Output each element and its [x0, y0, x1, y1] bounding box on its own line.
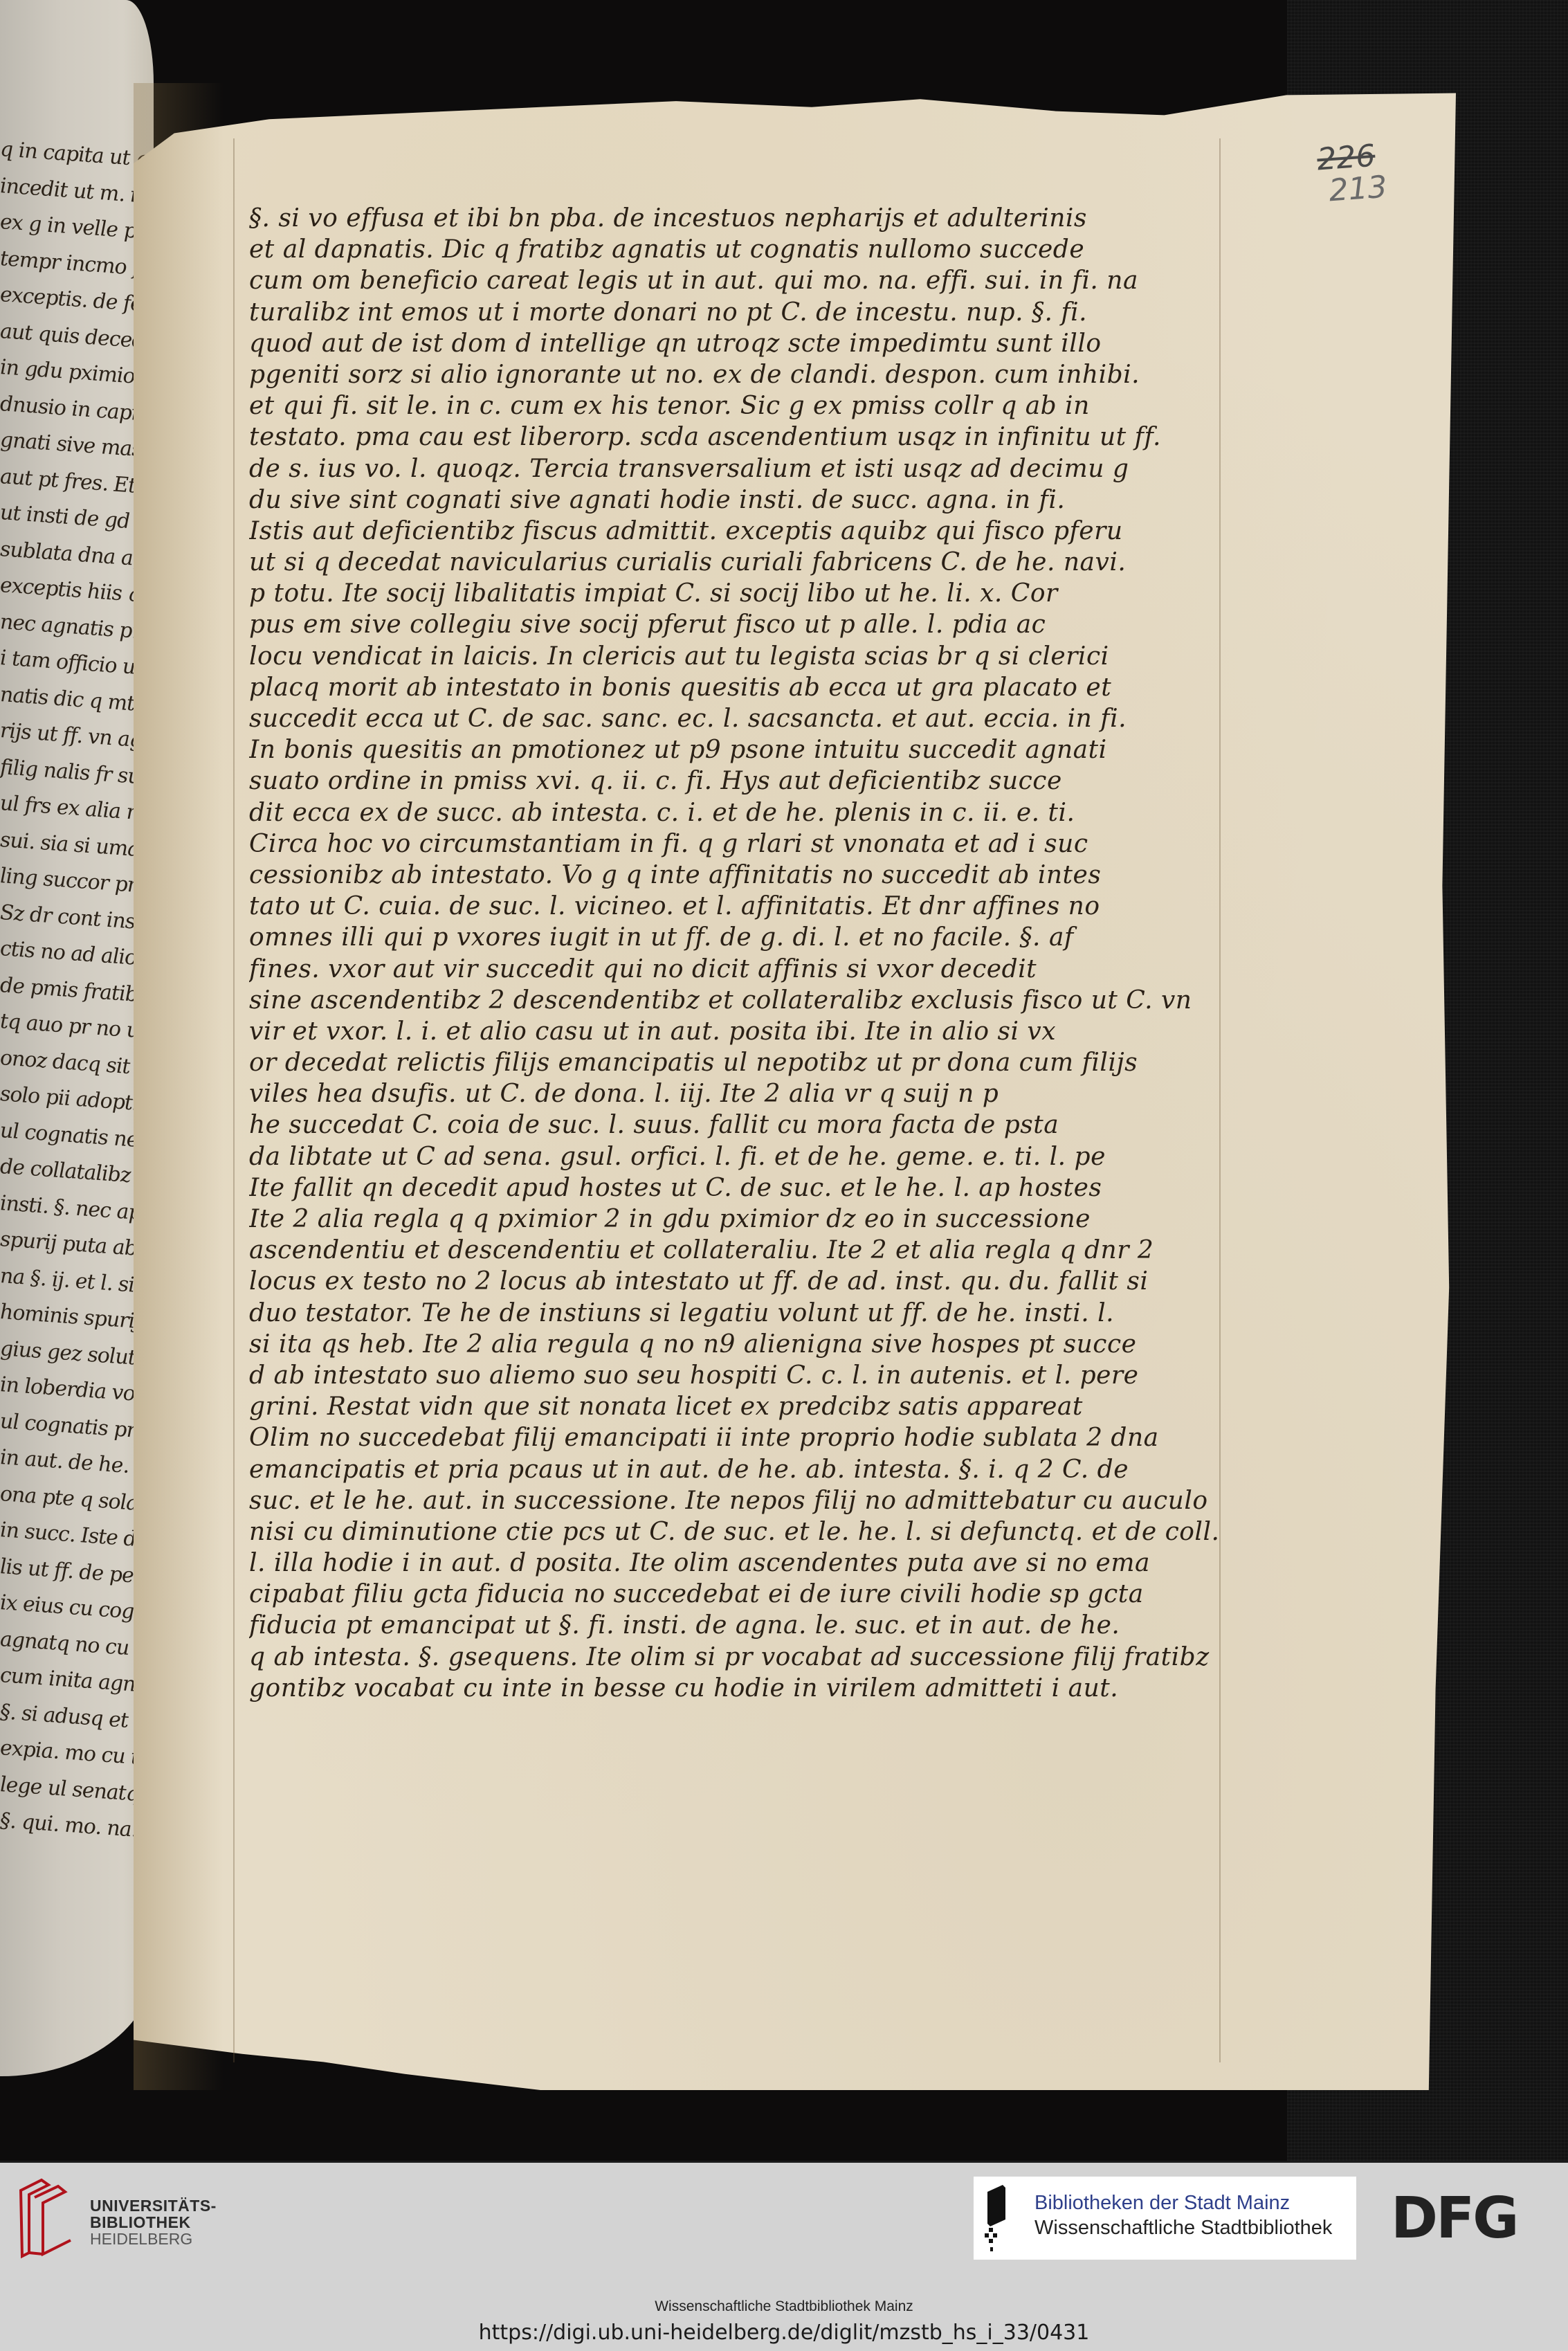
manuscript-line: Istis aut deficientibz fiscus admittit. … — [249, 516, 1218, 547]
manuscript-line: locus ex testo no 2 locus ab intestato u… — [249, 1266, 1218, 1297]
manuscript-line: succedit ecca ut C. de sac. sanc. ec. l.… — [249, 703, 1218, 734]
manuscript-line: quod aut de ist dom d intellige qn utroq… — [249, 328, 1218, 359]
ub-heidelberg-red-book-icon — [15, 2177, 78, 2260]
ub-heidelberg-logo[interactable]: UNIVERSITÄTS- BIBLIOTHEK HEIDELBERG — [15, 2177, 223, 2260]
manuscript-line: he succedat C. coia de suc. l. suus. fal… — [249, 1109, 1218, 1141]
ub-logo-line1: UNIVERSITÄTS- — [90, 2197, 217, 2214]
manuscript-line: ascendentiu et descendentiu et collatera… — [249, 1235, 1218, 1266]
manuscript-line: Ite fallit qn decedit apud hostes ut C. … — [249, 1172, 1218, 1204]
manuscript-line: Circa hoc vo circumstantiam in fi. q g r… — [249, 828, 1218, 860]
manuscript-line: de s. ius vo. l. quoqz. Tercia transvers… — [249, 453, 1218, 484]
manuscript-line: fines. vxor aut vir succedit qui no dici… — [249, 954, 1218, 985]
manuscript-line: tato ut C. cuia. de suc. l. vicineo. et … — [249, 891, 1218, 922]
manuscript-line: suc. et le he. aut. in successione. Ite … — [249, 1485, 1218, 1516]
manuscript-line: or decedat relictis filijs emancipatis u… — [249, 1047, 1218, 1078]
manuscript-line: si ita qs heb. Ite 2 alia regula q no n9… — [249, 1329, 1218, 1360]
dfg-logo[interactable]: DFG — [1391, 2190, 1517, 2247]
manuscript-line: duo testator. Te he de instiuns si legat… — [249, 1298, 1218, 1329]
manuscript-line: dit ecca ex de succ. ab intesta. c. i. e… — [249, 797, 1218, 828]
ub-logo-line2: BIBLIOTHEK — [90, 2214, 217, 2231]
manuscript-line: testato. pma cau est liberorp. scda asce… — [249, 421, 1218, 453]
manuscript-line: Olim no succedebat filij emancipati ii i… — [249, 1422, 1218, 1453]
manuscript-line: In bonis quesitis an pmotionez ut p9 pso… — [249, 734, 1218, 765]
manuscript-line: fiducia pt emancipat ut §. fi. insti. de… — [249, 1610, 1218, 1641]
ub-logo-line3: HEIDELBERG — [90, 2231, 217, 2247]
manuscript-line: sine ascendentibz 2 descendentibz et col… — [249, 985, 1218, 1016]
manuscript-line: turalibz int emos ut i morte donari no p… — [249, 297, 1218, 328]
manuscript-line: pus em sive collegiu sive socij pferut f… — [249, 609, 1218, 640]
manuscript-line: placq morit ab intestato in bonis quesit… — [249, 672, 1218, 703]
manuscript-line: nisi cu diminutione ctie pcs ut C. de su… — [249, 1516, 1218, 1547]
manuscript-line: ut si q decedat navicularius curialis cu… — [249, 547, 1218, 578]
manuscript-line: suato ordine in pmiss xvi. q. ii. c. fi.… — [249, 765, 1218, 797]
manuscript-line: d ab intestato suo aliemo suo seu hospit… — [249, 1360, 1218, 1391]
mainz-book-pixel-icon — [982, 2184, 1010, 2254]
manuscript-line: l. illa hodie i in aut. d posita. Ite ol… — [249, 1547, 1218, 1579]
manuscript-line: et qui fi. sit le. in c. cum ex his teno… — [249, 390, 1218, 421]
manuscript-line: da libtate ut C ad sena. gsul. orfici. l… — [249, 1141, 1218, 1172]
ruling-line-right — [1219, 138, 1221, 2062]
mainz-logo-line1: Bibliotheken der Stadt Mainz — [1034, 2192, 1290, 2215]
manuscript-line: cipabat filiu gcta fiducia no succedebat… — [249, 1579, 1218, 1610]
manuscript-line: q ab intesta. §. gsequens. Ite olim si p… — [249, 1642, 1218, 1673]
manuscript-line: viles hea dsufis. ut C. de dona. l. iij.… — [249, 1078, 1218, 1109]
manuscript-line: grini. Restat vidn que sit nonata licet … — [249, 1391, 1218, 1422]
folio-new-number: 213 — [1328, 172, 1388, 208]
holding-library-caption: Wissenschaftliche Stadtbibliothek Mainz — [0, 2298, 1568, 2315]
manuscript-text-block: §. si vo effusa et ibi bn pba. de incest… — [249, 203, 1218, 1704]
manuscript-line: cum om beneficio careat legis ut in aut.… — [249, 265, 1218, 296]
footer-bar: UNIVERSITÄTS- BIBLIOTHEK HEIDELBERG Bibl… — [0, 2161, 1568, 2351]
manuscript-line: cessionibz ab intestato. Vo g q inte aff… — [249, 860, 1218, 891]
manuscript-line: et al dapnatis. Dic q fratibz agnatis ut… — [249, 234, 1218, 265]
manuscript-line: omnes illi qui p vxores iugit in ut ff. … — [249, 922, 1218, 953]
manuscript-line: du sive sint cognati sive agnati hodie i… — [249, 484, 1218, 516]
manuscript-line: Ite 2 alia regla q q pximior 2 in gdu px… — [249, 1204, 1218, 1235]
manuscript-line: locu vendicat in laicis. In clericis aut… — [249, 641, 1218, 672]
manuscript-line: p totu. Ite socij libalitatis impiat C. … — [249, 578, 1218, 609]
manuscript-line: gontibz vocabat cu inte in besse cu hodi… — [249, 1673, 1218, 1704]
manuscript-line: emancipatis et pria pcaus ut in aut. de … — [249, 1454, 1218, 1485]
permalink-url[interactable]: https://digi.ub.uni-heidelberg.de/diglit… — [0, 2321, 1568, 2345]
verso-page: q in capita ut gusincedit ut m. inde aut… — [0, 0, 154, 2076]
mainz-library-logo[interactable]: Bibliotheken der Stadt Mainz Wissenschaf… — [974, 2177, 1356, 2260]
mainz-logo-line2: Wissenschaftliche Stadtbibliothek — [1034, 2217, 1332, 2240]
ruling-line-left — [233, 138, 235, 2062]
manuscript-line: pgeniti sorz si alio ignorante ut no. ex… — [249, 359, 1218, 390]
verso-text: q in capita ut gusincedit ut m. inde aut… — [0, 131, 154, 1850]
folio-number: 226 213 — [1316, 140, 1388, 208]
manuscript-line: vir et vxor. l. i. et alio casu ut in au… — [249, 1016, 1218, 1047]
manuscript-line: §. si vo effusa et ibi bn pba. de incest… — [249, 203, 1218, 234]
